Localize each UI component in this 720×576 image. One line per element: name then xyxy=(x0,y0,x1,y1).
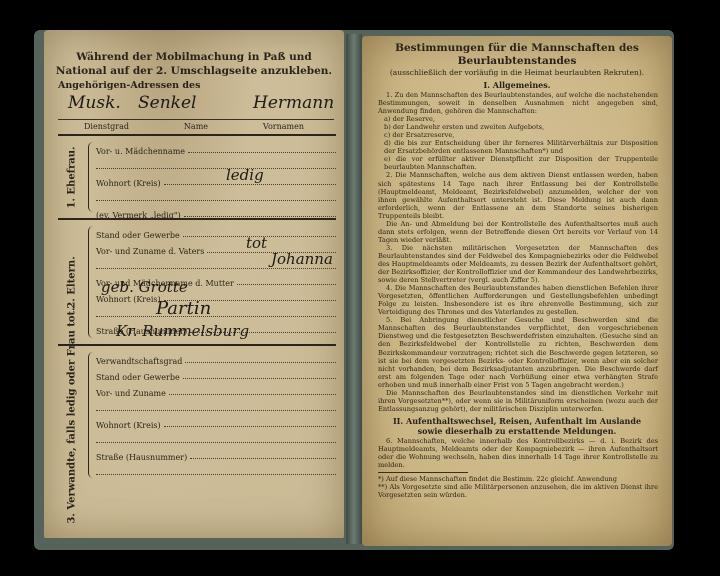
handwritten-value: Kr. Rummelsburg xyxy=(116,322,249,340)
form-header: Während der Mobilmachung in Paß und Nati… xyxy=(44,50,344,78)
field-row: Vor- und Mädchenname d. Muttergeb. Grott… xyxy=(96,272,336,288)
form-subheader: Angehörigen-Adressen des xyxy=(58,80,344,91)
brace xyxy=(88,226,93,338)
field-row: Straße (Hausnummer) xyxy=(96,446,336,462)
footnotes: *) Auf diese Mannschaften findet die Bes… xyxy=(362,475,672,499)
regulations-title: Bestimmungen für die Mannschaften des Be… xyxy=(362,42,672,68)
handwritten-value: tot xyxy=(246,234,267,252)
list-item: d) die bis zur Entscheidung über ihr fer… xyxy=(378,139,658,155)
field-row: Stand oder Gewerbe xyxy=(96,366,336,382)
field-row: (ev. Vermerk „ledig") xyxy=(96,204,336,220)
regulations-subtitle: (ausschließlich der vorläufig in die Hei… xyxy=(362,68,672,77)
handwritten-name: Senkel xyxy=(138,93,196,113)
list-item: a) der Reserve, xyxy=(378,115,658,123)
paragraph-2b: Die An- und Abmeldung bei der Kontrollst… xyxy=(378,220,658,244)
list-item: e) die vor erfüllter aktiver Dienstpflic… xyxy=(378,155,658,171)
list-item: b) der Landwehr ersten und zweiten Aufge… xyxy=(378,123,658,131)
paragraph-2: 2. Die Mannschaften, welche aus dem akti… xyxy=(378,171,658,219)
field-row: Wohnort (Kreis) xyxy=(96,288,336,304)
field-row: Straße (Hausnummer)Kr. Rummelsburg xyxy=(96,320,336,336)
handwritten-rank: Musk. xyxy=(68,93,121,113)
footnote-2: **) Als Vorgesetzte sind alle Militärper… xyxy=(378,483,658,499)
book-spine xyxy=(346,34,362,544)
field-row xyxy=(96,462,336,478)
soldier-name-row: Musk. Senkel Hermann xyxy=(58,93,334,120)
section-wife: 1. Ehefrau. Vor- u. Mädchenname Wohnort … xyxy=(58,136,336,220)
regulations-body: 1. Zu den Mannschaften des Beurlaubtenst… xyxy=(362,91,672,413)
left-page-address-form: Während der Mobilmachung in Paß und Nati… xyxy=(44,30,344,538)
header-line-1: Während der Mobilmachung in Paß und xyxy=(44,50,344,64)
header-line-2: National auf der 2. Umschlagseite anzukl… xyxy=(44,64,344,78)
section-label: 3. Verwandte, falls ledig oder Frau tot. xyxy=(58,346,86,484)
right-page-regulations: Bestimmungen für die Mannschaften des Be… xyxy=(362,36,672,546)
field-row: Vor- und Zuname xyxy=(96,382,336,398)
field-row: Partin xyxy=(96,304,336,320)
paragraph-3: 3. Die nächsten militärischen Vorgesetzt… xyxy=(378,244,658,284)
paragraph-6: 6. Mannschaften, welche innerhalb des Ko… xyxy=(378,437,658,469)
handwritten-value: ledig xyxy=(226,166,264,184)
name-labels: Dienstgrad Name Vornamen xyxy=(84,122,304,131)
field-row xyxy=(96,430,336,446)
field-row: Vor- u. Mädchenname xyxy=(96,140,336,156)
list-item: c) der Ersatzreserve, xyxy=(378,131,658,139)
paragraph-4: 4. Die Mannschaften des Beurlaubtenstand… xyxy=(378,284,658,316)
field-row: Wohnort (Kreis)ledig xyxy=(96,172,336,188)
section-relatives: 3. Verwandte, falls ledig oder Frau tot.… xyxy=(58,346,336,484)
label-first-name: Vornamen xyxy=(263,122,304,131)
brace xyxy=(88,352,93,478)
field-row: Wohnort (Kreis) xyxy=(96,414,336,430)
footnote-rule xyxy=(378,472,468,473)
handwritten-value: Partin xyxy=(156,298,211,319)
section-label: 1. Ehefrau. xyxy=(58,136,86,218)
field-row xyxy=(96,188,336,204)
handwritten-first-name: Hermann xyxy=(253,93,334,113)
field-row xyxy=(96,156,336,172)
brace xyxy=(88,142,93,212)
field-row: Verwandtschaftsgrad xyxy=(96,350,336,366)
field-row xyxy=(96,398,336,414)
paragraph-1: 1. Zu den Mannschaften des Beurlaubtenst… xyxy=(378,91,658,115)
paragraph-5b: Die Mannschaften des Beurlaubtenstandes … xyxy=(378,389,658,413)
section-heading-residence: II. Aufenthaltswechsel, Reisen, Aufentha… xyxy=(362,416,672,436)
field-row: Stand oder Gewerbe xyxy=(96,224,336,240)
field-row: Johanna xyxy=(96,256,336,272)
label-rank: Dienstgrad xyxy=(84,122,129,131)
section-parents: 2. Eltern. Stand oder Gewerbe Vor- und Z… xyxy=(58,220,336,346)
paragraph-5: 5. Bei Anbringung dienstlicher Gesuche u… xyxy=(378,316,658,388)
footnote-1: *) Auf diese Mannschaften findet die Bes… xyxy=(378,475,658,483)
section-heading-general: I. Allgemeines. xyxy=(362,80,672,90)
handwritten-value: Johanna xyxy=(271,250,333,268)
label-name: Name xyxy=(184,122,208,131)
